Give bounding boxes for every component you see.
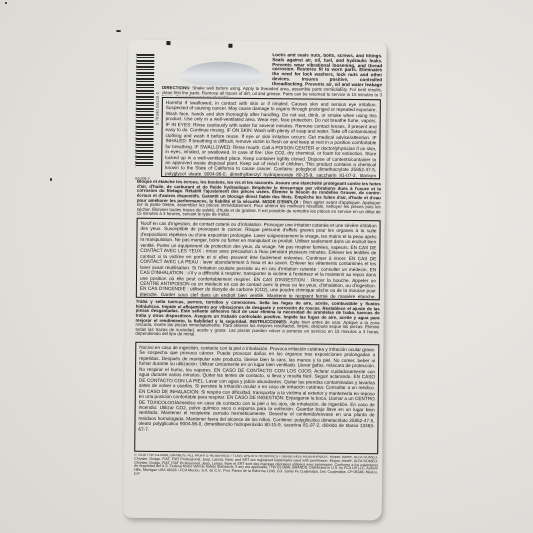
english-intro: Locks and seals nuts, bolts, screws, and…	[272, 53, 382, 88]
barcode-number: 0 79340 00130 0	[155, 92, 160, 125]
background-speck	[116, 30, 121, 32]
product-card-back: 0 79340 00130 0 56308-2 Locks and seals …	[124, 40, 387, 521]
barcode	[135, 54, 154, 168]
background-speck	[50, 178, 52, 181]
hang-hole	[180, 61, 264, 86]
legal-copyright-text: © 2016 ITW GLOBAL BRANDS. ALL RIGHTS RES…	[134, 454, 378, 497]
spanish-warning-box: Nocivo en caso de ingestión, contacto co…	[134, 342, 379, 455]
english-warning-box: Harmful if swallowed, in contact with sk…	[161, 97, 381, 179]
card-punch-mark	[166, 41, 170, 45]
background-speck	[5, 2, 7, 4]
french-intro: Bloque et étanche les écrous, les boulon…	[137, 180, 381, 220]
card-punch-mark	[228, 44, 232, 48]
french-warning-box: Nocif en cas d'ingestion, de contact cut…	[136, 218, 381, 301]
spanish-intro: Traba y sella tuercas, pernos, tornillos…	[135, 300, 379, 343]
